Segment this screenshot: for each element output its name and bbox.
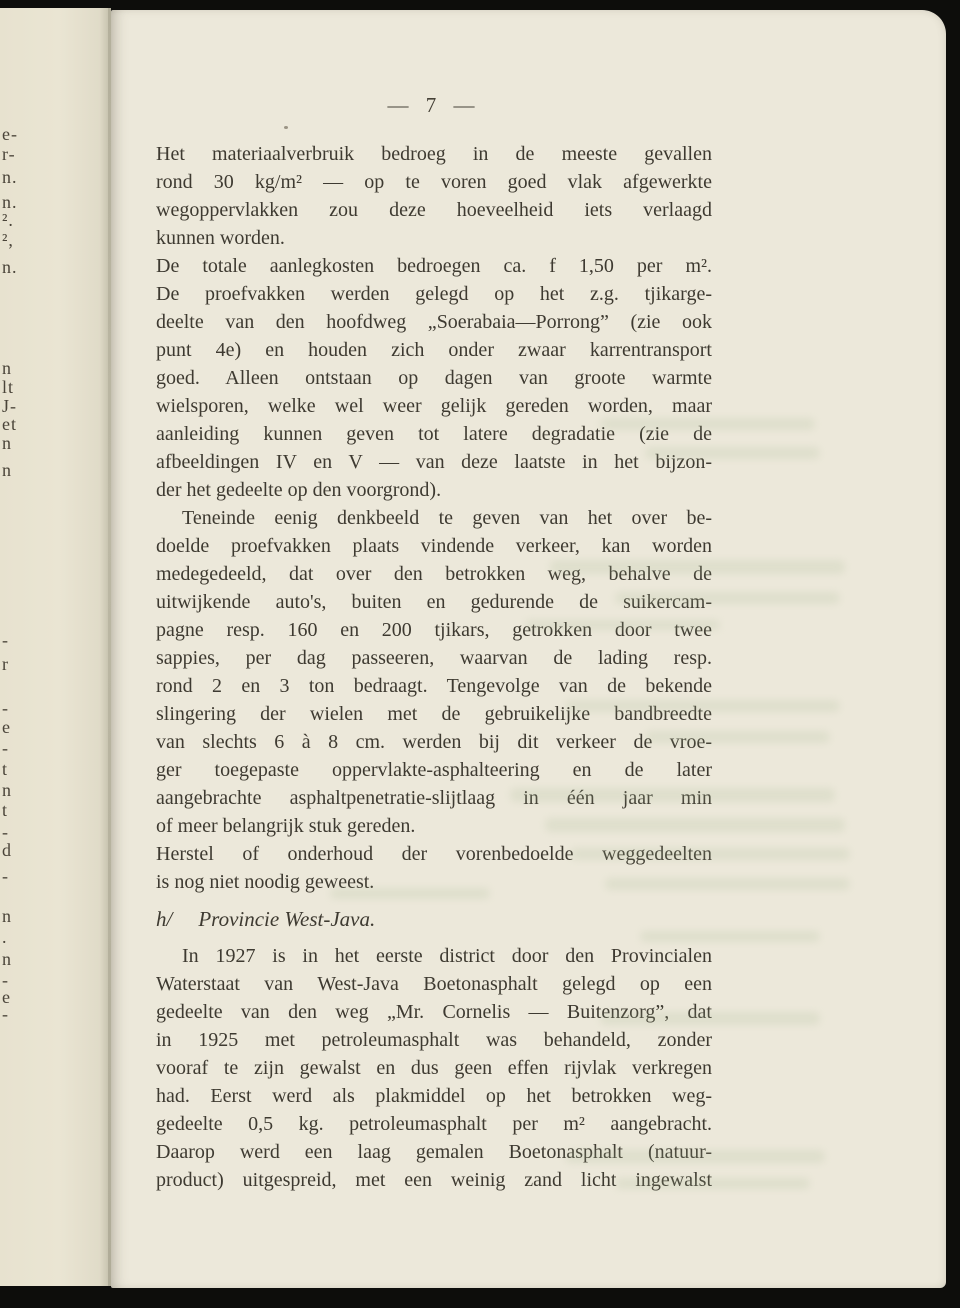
text-line: der het gedeelte op den voorgrond). — [156, 476, 712, 504]
paragraph: In 1927 is in het eerste district door d… — [156, 942, 712, 1194]
margin-text-fragment: n — [2, 906, 12, 926]
paragraph: Teneinde eenig denkbeeld te geven van he… — [156, 504, 712, 840]
section-heading-title: Provincie West-Java. — [198, 907, 375, 931]
margin-text-fragment: t — [2, 800, 8, 820]
text-before-heading: Het materiaalverbruik bedroeg in de mees… — [156, 140, 712, 896]
text-line: slingering der wielen met de gebruikelij… — [156, 700, 712, 728]
text-line: of meer belangrijk stuk gereden. — [156, 812, 712, 840]
margin-text-fragment: n — [2, 949, 12, 969]
text-line: in 1925 met petroleumasphalt was behande… — [156, 1026, 712, 1054]
text-line: De proefvakken werden gelegd op het z.g.… — [156, 280, 712, 308]
text-line: gedeelte 0,5 kg. petroleumasphalt per m²… — [156, 1110, 712, 1138]
facing-page-text-fragments: e-r-n.n.².²,n.nltJ-etnn-r-e-tnt-d-n.n-e- — [0, 0, 30, 1308]
scanned-book-photo: e-r-n.n.².²,n.nltJ-etnn-r-e-tnt-d-n.n-e-… — [0, 0, 960, 1308]
paragraph: De proefvakken werden gelegd op het z.g.… — [156, 280, 712, 504]
text-line: kunnen worden. — [156, 224, 712, 252]
text-line: rond 2 en 3 ton bedraagt. Tengevolge van… — [156, 672, 712, 700]
text-line: gedeelte van den weg „Mr. Cornelis — Bui… — [156, 998, 712, 1026]
text-line: sappies, per dag passeeren, waarvan de l… — [156, 644, 712, 672]
margin-text-fragment: - — [2, 738, 9, 758]
paragraph: Het materiaalverbruik bedroeg in de mees… — [156, 140, 712, 252]
margin-text-fragment: r — [2, 654, 9, 674]
margin-text-fragment: J- — [2, 396, 17, 416]
paragraph: Herstel of onderhoud der vorenbedoelde w… — [156, 840, 712, 896]
margin-text-fragment: ², — [2, 230, 14, 250]
text-line: wielsporen, welke wel weer gelijk gerede… — [156, 392, 712, 420]
text-line: wegoppervlakken zou deze hoeveelheid iet… — [156, 196, 712, 224]
text-line: Waterstaat van West-Java Boetonasphalt g… — [156, 970, 712, 998]
section-heading-label: h/ — [156, 907, 172, 931]
margin-text-fragment: e- — [2, 124, 18, 144]
margin-text-fragment: n. — [2, 167, 18, 187]
text-line: product) uitgespreid, met een weinig zan… — [156, 1166, 712, 1194]
text-line: Daarop werd een laag gemalen Boetonaspha… — [156, 1138, 712, 1166]
text-line: rond 30 kg/m² — op te voren goed vlak af… — [156, 168, 712, 196]
text-line: vooraf te zijn gewalst en dus geen effen… — [156, 1054, 712, 1082]
text-line: van slechts 6 à 8 cm. werden bij dit ver… — [156, 728, 712, 756]
margin-text-fragment: ². — [2, 210, 14, 230]
text-line: ger toegepaste oppervlakte-asphalteering… — [156, 756, 712, 784]
text-line: doelde proefvakken plaats vindende verke… — [156, 532, 712, 560]
text-line: Herstel of onderhoud der vorenbedoelde w… — [156, 840, 712, 868]
margin-text-fragment: - — [2, 1004, 9, 1024]
text-line: had. Eerst werd als plakmiddel op het be… — [156, 1082, 712, 1110]
margin-text-fragment: r- — [2, 144, 16, 164]
section-heading: h/Provincie West-Java. — [156, 904, 712, 934]
paragraph: De totale aanlegkosten bedroegen ca. f 1… — [156, 252, 712, 280]
margin-text-fragment: n — [2, 433, 12, 453]
margin-text-fragment: e — [2, 717, 11, 737]
margin-text-fragment: n — [2, 780, 12, 800]
margin-text-fragment: lt — [2, 377, 14, 397]
text-line: Teneinde eenig denkbeeld te geven van he… — [156, 504, 712, 532]
text-line: aangebrachte asphaltpenetratie-slijtlaag… — [156, 784, 712, 812]
margin-text-fragment: - — [2, 866, 9, 886]
text-line: punt 4e) en houden zich onder zwaar karr… — [156, 336, 712, 364]
text-line: uitwijkende auto's, buiten en gedurende … — [156, 588, 712, 616]
text-line: In 1927 is in het eerste district door d… — [156, 942, 712, 970]
margin-text-fragment: n — [2, 460, 12, 480]
text-line: De totale aanlegkosten bedroegen ca. f 1… — [156, 252, 712, 280]
text-after-heading: In 1927 is in het eerste district door d… — [156, 942, 712, 1194]
print-speck — [284, 126, 288, 129]
text-line: medegedeeld, dat over den betrokken weg,… — [156, 560, 712, 588]
margin-text-fragment: n. — [2, 192, 18, 212]
margin-text-fragment: n. — [2, 257, 18, 277]
margin-text-fragment: n — [2, 358, 12, 378]
text-line: afbeeldingen IV en V — van deze laatste … — [156, 448, 712, 476]
text-line: Het materiaalverbruik bedroeg in de mees… — [156, 140, 712, 168]
text-line: deelte van den hoofdweg „Soerabaia—Porro… — [156, 308, 712, 336]
margin-text-fragment: - — [2, 822, 9, 842]
text-line: pagne resp. 160 en 200 tjikars, getrokke… — [156, 616, 712, 644]
margin-text-fragment: - — [2, 630, 9, 650]
text-line: aanleiding kunnen geven tot latere degra… — [156, 420, 712, 448]
text-line: goed. Alleen ontstaan op dagen van groot… — [156, 364, 712, 392]
page-text: Het materiaalverbruik bedroeg in de mees… — [156, 140, 712, 1194]
margin-text-fragment: d — [2, 840, 12, 860]
margin-text-fragment: - — [2, 698, 9, 718]
page-number: — 7 — — [156, 93, 712, 119]
margin-text-fragment: . — [2, 927, 8, 947]
margin-text-fragment: et — [2, 414, 17, 434]
text-line: is nog niet noodig geweest. — [156, 868, 712, 896]
margin-text-fragment: t — [2, 759, 8, 779]
